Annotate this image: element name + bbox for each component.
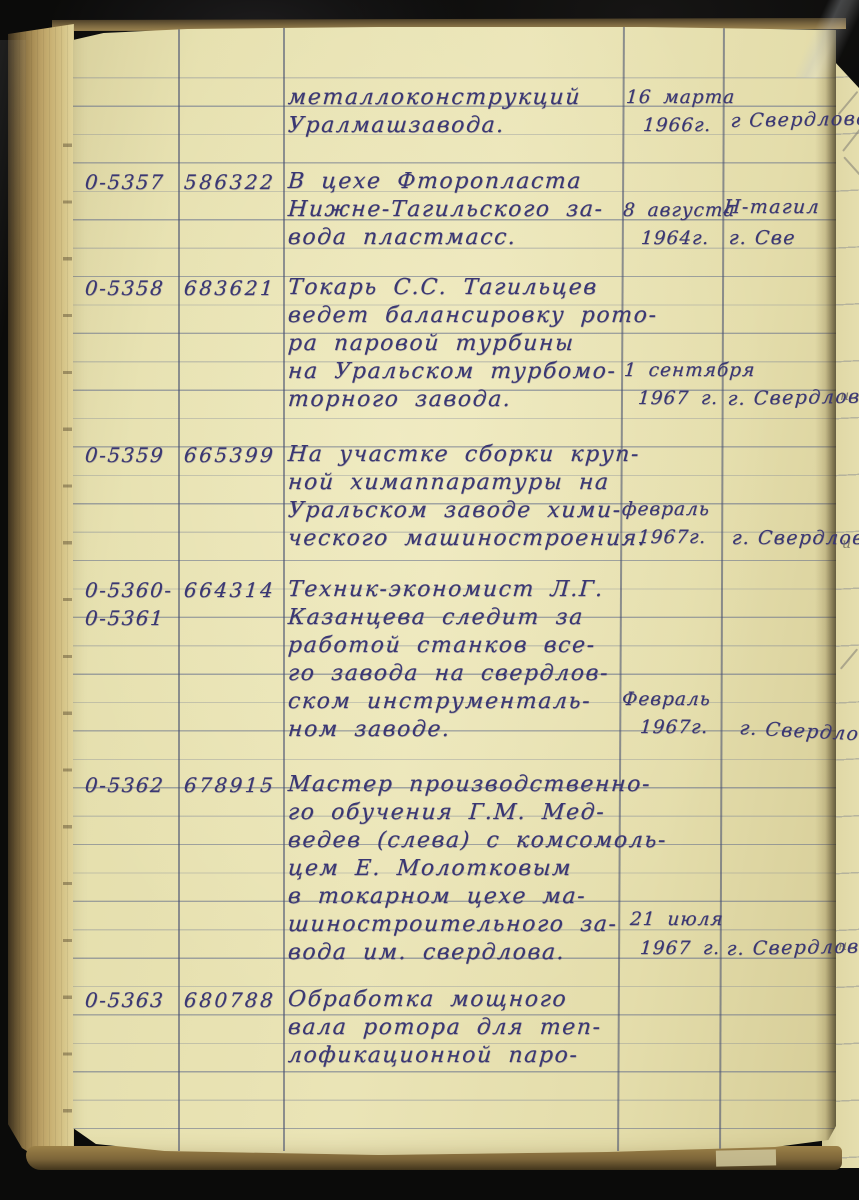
negative-number: 680788 <box>183 986 276 1014</box>
description-line: на Уральском турбомо- <box>287 358 617 386</box>
description-line: вода пластмасс. <box>287 224 518 252</box>
date-line: 16 марта <box>625 84 736 112</box>
entry-index: 0-5361 <box>84 604 165 632</box>
pencil-check-mark: и <box>842 536 851 552</box>
date-line: 1967г. <box>639 714 709 742</box>
negative-number: 665399 <box>183 441 276 469</box>
location-line: Н-тагил <box>723 193 821 221</box>
description-line: ческого машиностроения. <box>287 525 647 553</box>
negative-number: 683621 <box>183 274 276 302</box>
text-layer: металлоконструкцийУралмашзавода.16 марта… <box>0 0 859 1200</box>
description-line: ной химаппаратуры на <box>287 469 611 497</box>
description-line: Уральском заводе хими- <box>287 497 623 525</box>
negative-number: 678915 <box>183 771 276 799</box>
description-line: в токарном цехе ма- <box>287 883 587 911</box>
pencil-check-mark: н <box>838 938 847 954</box>
photo-backdrop: металлоконструкцийУралмашзавода.16 марта… <box>0 0 859 1200</box>
location-line: г Свердловск <box>730 104 859 135</box>
description-line: Нижне-Тагильского за- <box>287 196 605 224</box>
date-line: 1966г. <box>642 112 712 140</box>
description-line: Мастер производственно- <box>287 771 652 799</box>
location-line: г. Све <box>728 224 797 252</box>
description-line: На участке сборки круп- <box>287 441 641 469</box>
description-line: вода им. свердлова. <box>287 939 566 967</box>
date-line: 1967г. <box>637 524 707 552</box>
description-line: лофикационной паро- <box>287 1042 579 1070</box>
description-line: работой станков все- <box>287 632 597 660</box>
negative-number: 586322 <box>183 168 276 196</box>
description-line: го завода на свердлов- <box>287 660 610 688</box>
entry-index: 0-5360- <box>84 576 174 604</box>
description-line: ра паровой турбины <box>287 330 575 358</box>
date-line: 1964г. <box>640 225 710 253</box>
plastic-sheen <box>796 0 859 78</box>
description-line: Техник-экономист Л.Г. <box>287 576 605 604</box>
description-line: цем Е. Молотковым <box>287 855 573 883</box>
negative-number: 664314 <box>183 576 276 604</box>
description-line: ведев (слева) с комсомоль- <box>287 827 668 855</box>
description-line: Обработка мощного <box>287 986 568 1014</box>
location-line: г. Свердловск <box>731 524 859 552</box>
description-line: ном заводе. <box>287 716 452 744</box>
description-line: шиностроительного за- <box>287 911 619 939</box>
description-line: ведет балансировку рото- <box>287 302 659 330</box>
date-line: февраль <box>621 496 711 524</box>
pencil-check-mark: н <box>840 388 849 404</box>
entry-index: 0-5363 <box>84 986 165 1014</box>
plastic-sheen-left <box>0 40 26 340</box>
description-line: вала ротора для теп- <box>287 1014 603 1042</box>
description-line: металлоконструкций <box>287 84 582 112</box>
description-line: торного завода. <box>287 386 512 414</box>
description-line: Казанцева следит за <box>287 604 585 632</box>
description-line: В цехе Фторопласта <box>287 168 583 196</box>
date-line: Февраль <box>621 686 712 714</box>
description-line: го обучения Г.М. Мед- <box>287 799 606 827</box>
date-line: 1967 г. <box>639 935 721 963</box>
entry-index: 0-5362 <box>84 771 165 799</box>
location-line: г. Свердловск <box>738 714 859 750</box>
date-line: 1 сентября <box>623 357 756 385</box>
entry-index: 0-5358 <box>84 274 165 302</box>
entry-index: 0-5357 <box>84 168 165 196</box>
date-line: 1967 г. <box>637 385 719 413</box>
description-line: Уралмашзавода. <box>287 112 506 140</box>
description-line: Токарь С.С. Тагильцев <box>287 274 599 302</box>
date-line: 8 августа <box>622 197 736 225</box>
description-line: ском инструменталь- <box>287 688 592 716</box>
date-line: 21 июля <box>629 906 725 934</box>
entry-index: 0-5359 <box>84 441 165 469</box>
